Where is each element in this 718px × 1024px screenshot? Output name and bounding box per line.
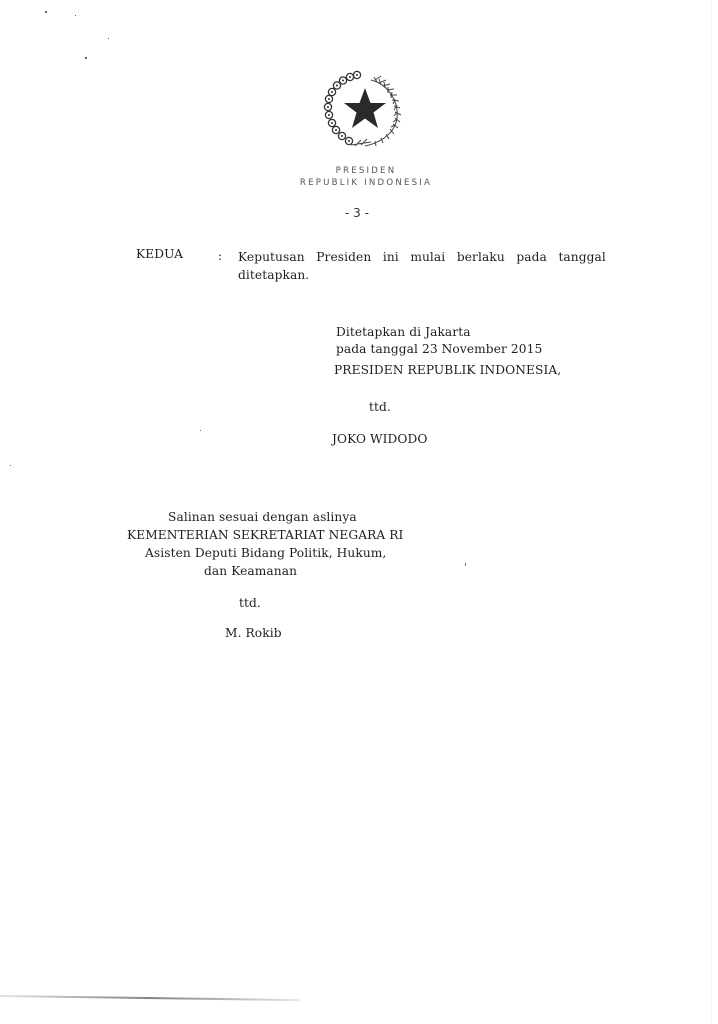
attestation-line1: Salinan sesuai dengan aslinya — [168, 510, 357, 524]
attestation-name: M. Rokib — [225, 626, 282, 640]
garuda-star-wreath-emblem-icon — [321, 66, 405, 150]
article-word: Keputusan — [238, 250, 305, 264]
letterhead-title-line2: REPUBLIK INDONESIA — [280, 178, 452, 188]
attestation-line2: KEMENTERIAN SEKRETARIAT NEGARA RI — [127, 528, 403, 542]
scan-speck — [75, 15, 76, 16]
article-word: tanggal — [558, 250, 605, 264]
page-number: - 3 - — [345, 206, 369, 220]
article-word: mulai — [410, 250, 445, 264]
scan-edge-line — [0, 995, 300, 1001]
scan-speck — [10, 465, 11, 466]
article-word: Presiden — [316, 250, 371, 264]
article-text-line2: ditetapkan. — [238, 268, 309, 282]
attestation-line4: dan Keamanan — [204, 564, 297, 578]
signature-ttd: ttd. — [369, 400, 391, 414]
article-label: KEDUA — [136, 247, 183, 261]
scan-edge-shadow — [711, 0, 712, 1024]
scan-speck — [465, 563, 466, 566]
signature-name: JOKO WIDODO — [332, 432, 428, 446]
article-text-line1: Keputusan Presiden ini mulai berlaku pad… — [238, 250, 606, 264]
scan-speck — [85, 57, 87, 59]
article-separator: : — [218, 249, 222, 263]
attestation-ttd: ttd. — [239, 596, 261, 610]
attestation-line3: Asisten Deputi Bidang Politik, Hukum, — [145, 546, 386, 560]
signature-title: PRESIDEN REPUBLIK INDONESIA, — [334, 363, 561, 377]
letterhead-title-line1: PRESIDEN — [300, 166, 432, 176]
article-word: pada — [516, 250, 547, 264]
article-word: ini — [383, 250, 399, 264]
scan-speck — [108, 38, 109, 39]
signature-date: pada tanggal 23 November 2015 — [336, 342, 542, 356]
scan-speck — [45, 11, 47, 13]
scan-speck — [200, 430, 201, 431]
signature-place: Ditetapkan di Jakarta — [336, 325, 471, 339]
article-word: berlaku — [457, 250, 505, 264]
